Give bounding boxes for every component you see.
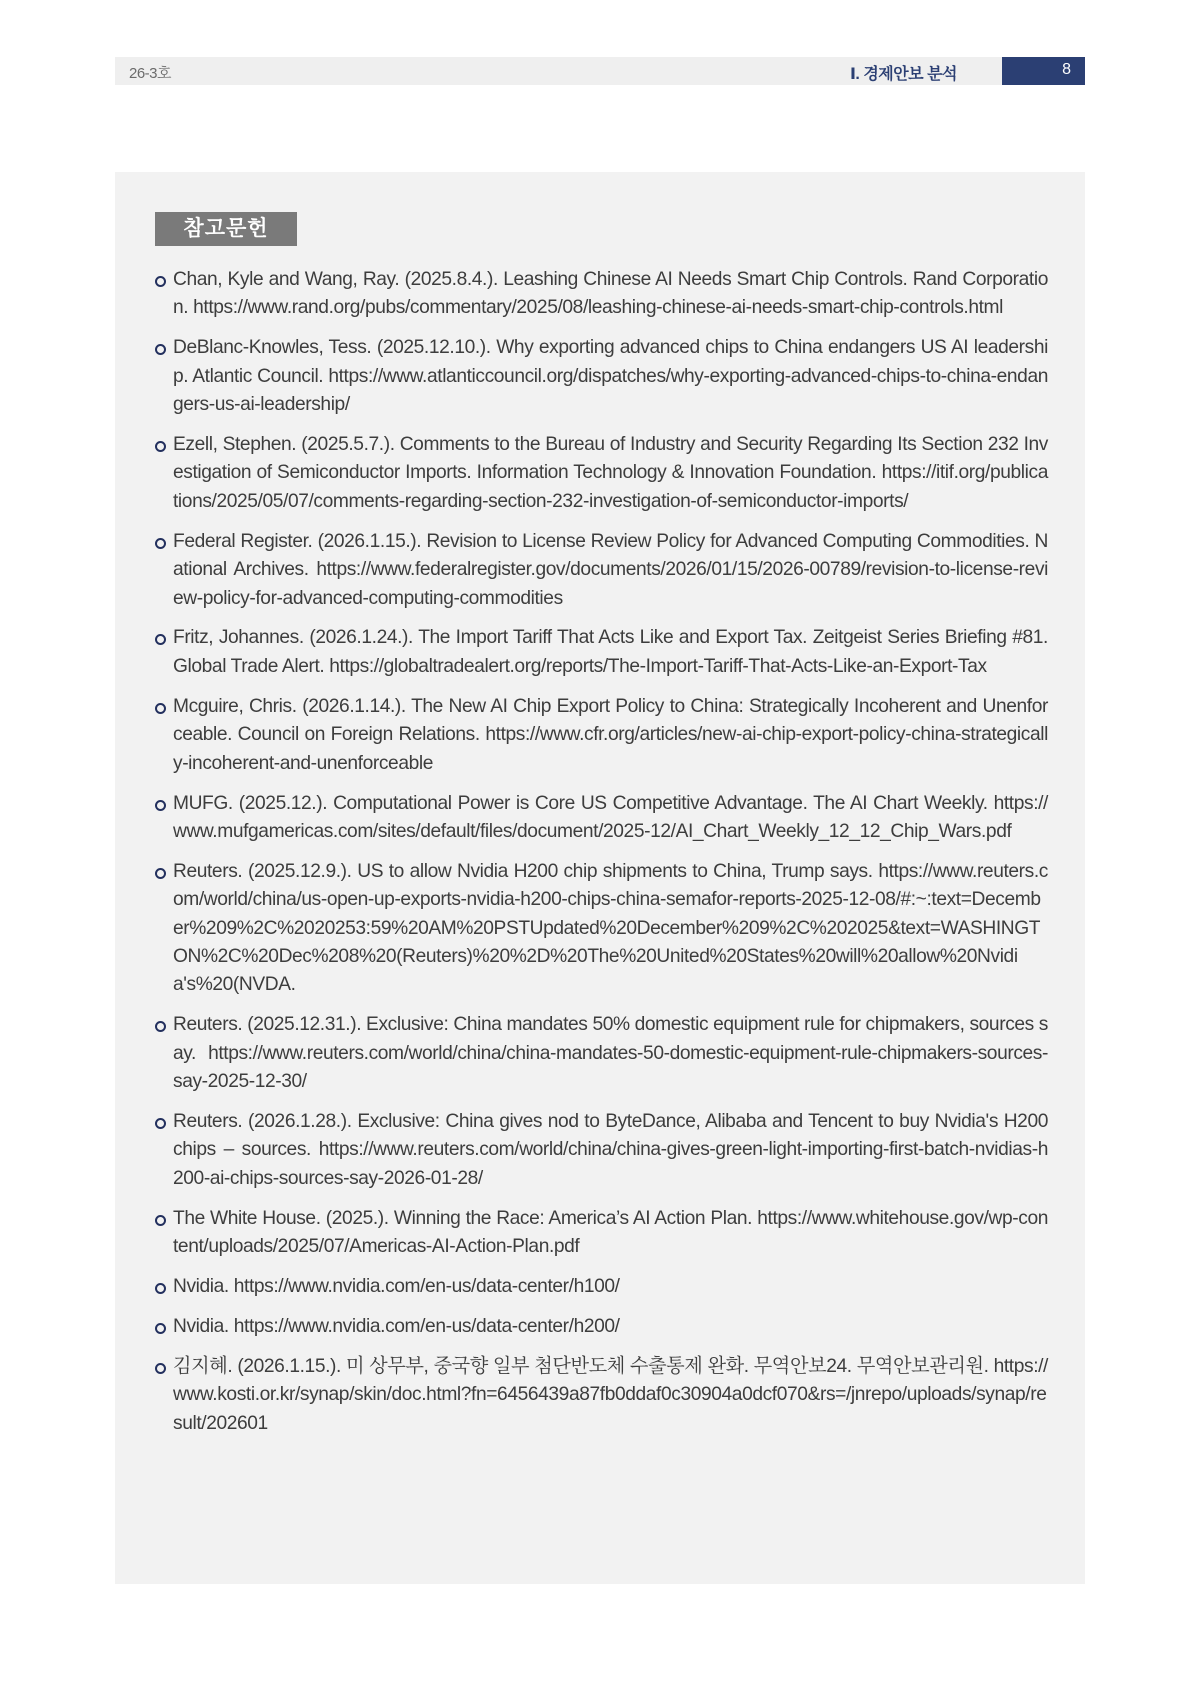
page-number: 8 bbox=[1062, 61, 1071, 79]
reference-item: Ezell, Stephen. (2025.5.7.). Comments to… bbox=[155, 431, 1048, 516]
reference-item: Reuters. (2025.12.9.). US to allow Nvidi… bbox=[155, 858, 1048, 1000]
bullet-circle-icon bbox=[155, 538, 166, 549]
bullet-circle-icon bbox=[155, 1215, 166, 1226]
bullet-circle-icon bbox=[155, 276, 166, 287]
bullet-circle-icon bbox=[155, 441, 166, 452]
reference-text: Ezell, Stephen. (2025.5.7.). Comments to… bbox=[173, 431, 1048, 516]
page-header: 26-3호 Ⅰ. 경제안보 분석 8 bbox=[115, 57, 1085, 85]
bullet-circle-icon bbox=[155, 1118, 166, 1129]
bullet-circle-icon bbox=[155, 1283, 166, 1294]
reference-text: 김지혜. (2026.1.15.). 미 상무부, 중국향 일부 첨단반도체 수… bbox=[173, 1353, 1048, 1438]
reference-text: Nvidia. https://www.nvidia.com/en-us/dat… bbox=[173, 1273, 1048, 1301]
reference-item: Chan, Kyle and Wang, Ray. (2025.8.4.). L… bbox=[155, 266, 1048, 323]
reference-text: Reuters. (2025.12.9.). US to allow Nvidi… bbox=[173, 858, 1048, 1000]
page-number-box: 8 bbox=[1002, 57, 1085, 85]
reference-text: Federal Register. (2026.1.15.). Revision… bbox=[173, 528, 1048, 613]
references-panel: 참고문헌 Chan, Kyle and Wang, Ray. (2025.8.4… bbox=[115, 172, 1085, 1584]
reference-text: DeBlanc-Knowles, Tess. (2025.12.10.). Wh… bbox=[173, 334, 1048, 419]
reference-item: MUFG. (2025.12.). Computational Power is… bbox=[155, 790, 1048, 847]
reference-item: Nvidia. https://www.nvidia.com/en-us/dat… bbox=[155, 1273, 1048, 1301]
reference-item: Mcguire, Chris. (2026.1.14.). The New AI… bbox=[155, 693, 1048, 778]
reference-text: MUFG. (2025.12.). Computational Power is… bbox=[173, 790, 1048, 847]
reference-text: Reuters. (2025.12.31.). Exclusive: China… bbox=[173, 1011, 1048, 1096]
reference-item: Federal Register. (2026.1.15.). Revision… bbox=[155, 528, 1048, 613]
reference-item: Reuters. (2026.1.28.). Exclusive: China … bbox=[155, 1108, 1048, 1193]
reference-text: Reuters. (2026.1.28.). Exclusive: China … bbox=[173, 1108, 1048, 1193]
bullet-circle-icon bbox=[155, 703, 166, 714]
reference-item: Nvidia. https://www.nvidia.com/en-us/dat… bbox=[155, 1313, 1048, 1341]
reference-item: Reuters. (2025.12.31.). Exclusive: China… bbox=[155, 1011, 1048, 1096]
reference-text: The White House. (2025.). Winning the Ra… bbox=[173, 1205, 1048, 1262]
bullet-circle-icon bbox=[155, 1323, 166, 1334]
bullet-circle-icon bbox=[155, 1363, 166, 1374]
bullet-circle-icon bbox=[155, 800, 166, 811]
reference-text: Chan, Kyle and Wang, Ray. (2025.8.4.). L… bbox=[173, 266, 1048, 323]
references-list: Chan, Kyle and Wang, Ray. (2025.8.4.). L… bbox=[155, 266, 1048, 1450]
reference-item: Fritz, Johannes. (2026.1.24.). The Impor… bbox=[155, 624, 1048, 681]
references-heading: 참고문헌 bbox=[155, 212, 297, 246]
section-title: Ⅰ. 경제안보 분석 bbox=[850, 61, 957, 84]
issue-number: 26-3호 bbox=[129, 62, 171, 83]
reference-text: Mcguire, Chris. (2026.1.14.). The New AI… bbox=[173, 693, 1048, 778]
reference-item: DeBlanc-Knowles, Tess. (2025.12.10.). Wh… bbox=[155, 334, 1048, 419]
reference-text: Fritz, Johannes. (2026.1.24.). The Impor… bbox=[173, 624, 1048, 681]
bullet-circle-icon bbox=[155, 1021, 166, 1032]
bullet-circle-icon bbox=[155, 868, 166, 879]
reference-item: The White House. (2025.). Winning the Ra… bbox=[155, 1205, 1048, 1262]
bullet-circle-icon bbox=[155, 634, 166, 645]
reference-text: Nvidia. https://www.nvidia.com/en-us/dat… bbox=[173, 1313, 1048, 1341]
bullet-circle-icon bbox=[155, 344, 166, 355]
reference-item: 김지혜. (2026.1.15.). 미 상무부, 중국향 일부 첨단반도체 수… bbox=[155, 1353, 1048, 1438]
